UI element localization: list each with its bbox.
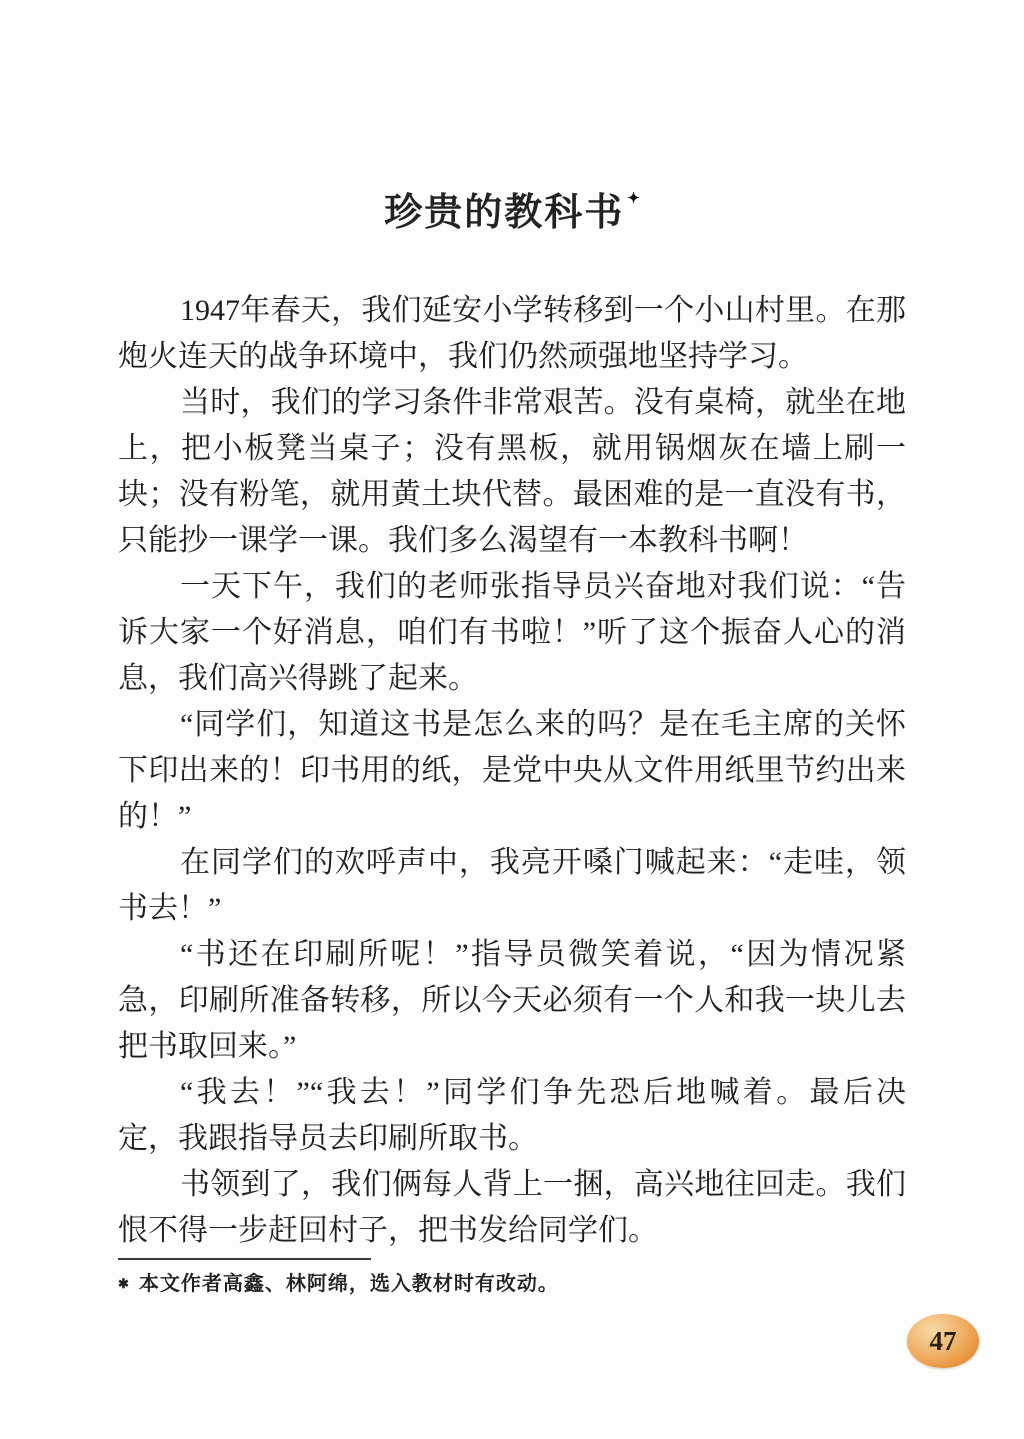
- text-line: 块；没有粉笔，就用黄土块代替。最困难的是一直没有书，: [118, 472, 906, 518]
- footnote-text: 本文作者高鑫、林阿绵，选入教材时有改动。: [139, 1273, 559, 1295]
- page-number-badge: 47: [907, 1314, 979, 1368]
- text-line: 的！”: [118, 794, 906, 840]
- title-text: 珍贵的教科书: [384, 192, 624, 234]
- paragraph: 1947年春天，我们延安小学转移到一个小山村里。在那炮火连天的战争环境中，我们仍…: [118, 288, 906, 380]
- paragraph: 书领到了，我们俩每人背上一捆，高兴地往回走。我们恨不得一步赶回村子，把书发给同学…: [118, 1162, 906, 1254]
- text-line: 在同学们的欢呼声中，我亮开嗓门喊起来：“走哇，领: [118, 840, 906, 886]
- paragraph: “书还在印刷所呢！”指导员微笑着说，“因为情况紧急，印刷所准备转移，所以今天必须…: [118, 932, 906, 1070]
- paragraph: “我去！”“我去！”同学们争先恐后地喊着。最后决定，我跟指导员去印刷所取书。: [118, 1070, 906, 1162]
- text-line: 下印出来的！印书用的纸，是党中央从文件用纸里节约出来: [118, 748, 906, 794]
- text-line: “书还在印刷所呢！”指导员微笑着说，“因为情况紧: [118, 932, 906, 978]
- footnote-marker-icon: ✱: [118, 1276, 130, 1291]
- text-line: 恨不得一步赶回村子，把书发给同学们。: [118, 1208, 906, 1254]
- paragraph: 一天下午，我们的老师张指导员兴奋地对我们说：“告诉大家一个好消息，咱们有书啦！”…: [118, 564, 906, 702]
- text-line: 一天下午，我们的老师张指导员兴奋地对我们说：“告: [118, 564, 906, 610]
- text-line: 诉大家一个好消息，咱们有书啦！”听了这个振奋人心的消: [118, 610, 906, 656]
- text-line: 把书取回来。”: [118, 1024, 906, 1070]
- paragraph: “同学们，知道这书是怎么来的吗？是在毛主席的关怀下印出来的！印书用的纸，是党中央…: [118, 702, 906, 840]
- paragraph: 当时，我们的学习条件非常艰苦。没有桌椅，就坐在地上，把小板凳当桌子；没有黑板，就…: [118, 380, 906, 564]
- paragraph: 在同学们的欢呼声中，我亮开嗓门喊起来：“走哇，领书去！”: [118, 840, 906, 932]
- text-line: 只能抄一课学一课。我们多么渴望有一本教科书啊！: [118, 518, 906, 564]
- title-footnote-mark-icon: ✦: [627, 191, 640, 207]
- footnote-line: ✱本文作者高鑫、林阿绵，选入教材时有改动。: [118, 1267, 906, 1296]
- text-line: “同学们，知道这书是怎么来的吗？是在毛主席的关怀: [118, 702, 906, 748]
- footnote-divider: [118, 1258, 371, 1260]
- text-line: 上，把小板凳当桌子；没有黑板，就用锅烟灰在墙上刷一: [118, 426, 906, 472]
- page-title: 珍贵的教科书✦: [0, 181, 1024, 236]
- article-body: 1947年春天，我们延安小学转移到一个小山村里。在那炮火连天的战争环境中，我们仍…: [118, 288, 906, 1254]
- text-line: 书去！”: [118, 886, 906, 932]
- text-line: 息，我们高兴得跳了起来。: [118, 656, 906, 702]
- page-number: 47: [930, 1326, 957, 1357]
- text-line: “我去！”“我去！”同学们争先恐后地喊着。最后决: [118, 1070, 906, 1116]
- text-line: 炮火连天的战争环境中，我们仍然顽强地坚持学习。: [118, 334, 906, 380]
- textbook-page: 珍贵的教科书✦ 1947年春天，我们延安小学转移到一个小山村里。在那炮火连天的战…: [0, 0, 1024, 1439]
- text-line: 书领到了，我们俩每人背上一捆，高兴地往回走。我们: [118, 1162, 906, 1208]
- text-line: 定，我跟指导员去印刷所取书。: [118, 1116, 906, 1162]
- text-line: 急，印刷所准备转移，所以今天必须有一个人和我一块儿去: [118, 978, 906, 1024]
- text-line: 当时，我们的学习条件非常艰苦。没有桌椅，就坐在地: [118, 380, 906, 426]
- text-line: 1947年春天，我们延安小学转移到一个小山村里。在那: [118, 288, 906, 334]
- footnote: ✱本文作者高鑫、林阿绵，选入教材时有改动。: [118, 1258, 906, 1296]
